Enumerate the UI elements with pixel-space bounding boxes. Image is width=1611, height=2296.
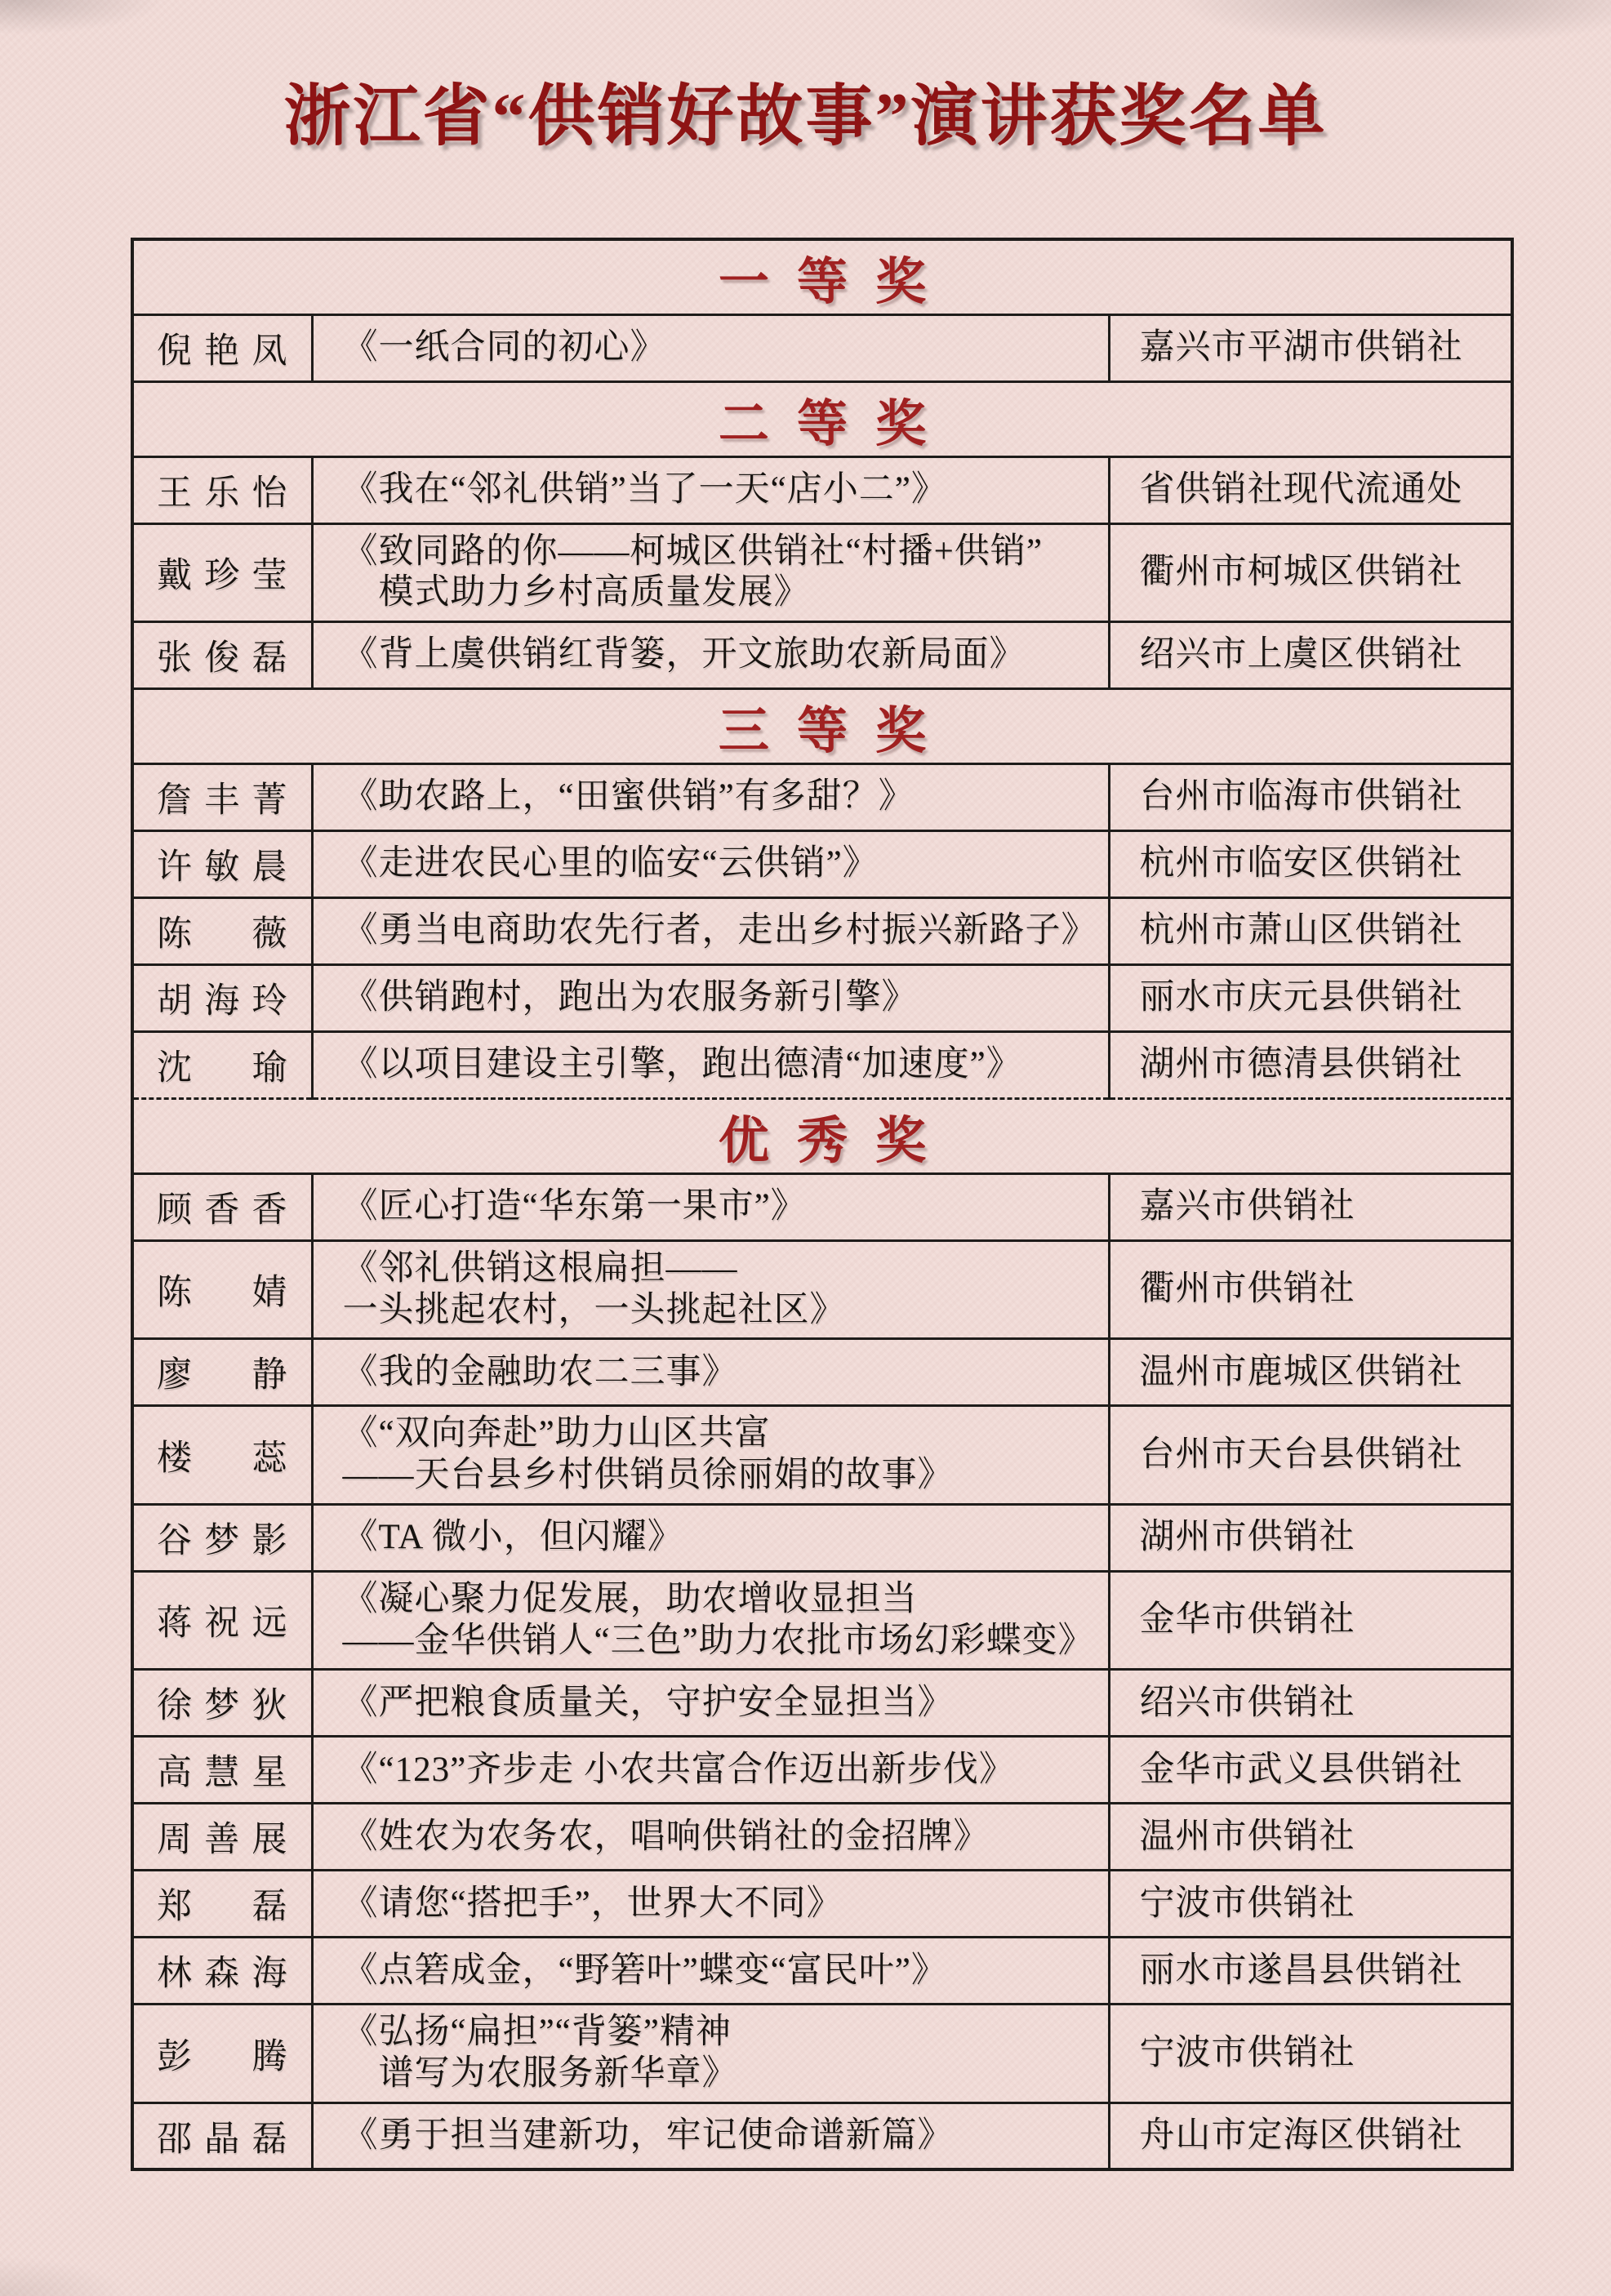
speech-title: 《我在“邻礼供销”当了一天“店小二”》 [314, 463, 1108, 518]
speech-title: 《邻礼供销这根扁担—— 一头挑起农村，一头挑起社区》 [314, 1242, 1108, 1337]
award-row: 许敏晨 《走进农民心里的临安“云供销”》 杭州市临安区供销社 [132, 830, 1512, 897]
organization-cell: 衢州市柯城区供销社 [1109, 523, 1512, 621]
speech-title: 《弘扬“扁担”“背篓”精神 谱写为农服务新华章》 [314, 2005, 1108, 2101]
speech-title-cell: 《点箬成金，“野箬叶”蝶变“富民叶”》 [312, 1938, 1109, 2005]
winner-name: 陈婧 [134, 1265, 311, 1315]
winner-name: 蒋祝远 [134, 1595, 311, 1645]
award-row: 陈薇 《勇当电商助农先行者，走出乡村振兴新路子》 杭州市萧山区供销社 [132, 897, 1512, 964]
winner-name-cell: 高慧星 [132, 1737, 312, 1804]
organization: 绍兴市上虞区供销社 [1110, 634, 1511, 676]
awards-table: 一等奖 倪艳凤 《一纸合同的初心》 嘉兴市平湖市供销社 二等奖 王乐怡 《我在“… [131, 238, 1514, 2172]
awards-table-body: 一等奖 倪艳凤 《一纸合同的初心》 嘉兴市平湖市供销社 二等奖 王乐怡 《我在“… [132, 239, 1512, 2170]
winner-name: 倪艳凤 [134, 323, 311, 373]
organization-cell: 嘉兴市供销社 [1109, 1173, 1512, 1240]
speech-title-cell: 《以项目建设主引擎，跑出德清“加速度”》 [312, 1031, 1109, 1098]
organization: 金华市武义县供销社 [1110, 1750, 1511, 1791]
section-header-label: 二等奖 [132, 381, 1512, 456]
organization-cell: 绍兴市上虞区供销社 [1109, 621, 1512, 688]
speech-title-cell: 《走进农民心里的临安“云供销”》 [312, 830, 1109, 897]
speech-title-cell: 《供销跑村，跑出为农服务新引擎》 [312, 964, 1109, 1031]
winner-name: 张俊磊 [134, 630, 311, 680]
organization-cell: 衢州市供销社 [1109, 1240, 1512, 1338]
award-row: 廖静 《我的金融助农二三事》 温州市鹿城区供销社 [132, 1339, 1512, 1406]
award-row: 郑磊 《请您“搭把手”，世界大不同》 宁波市供销社 [132, 1871, 1512, 1938]
award-row: 林森海 《点箬成金，“野箬叶”蝶变“富民叶”》 丽水市遂昌县供销社 [132, 1938, 1512, 2005]
award-row: 沈瑜 《以项目建设主引擎，跑出德清“加速度”》 湖州市德清县供销社 [132, 1031, 1512, 1098]
speech-title-cell: 《勇当电商助农先行者，走出乡村振兴新路子》 [312, 897, 1109, 964]
organization-cell: 省供销社现代流通处 [1109, 456, 1512, 523]
winner-name: 郑磊 [134, 1879, 311, 1929]
speech-title: 《致同路的你——柯城区供销社“村播+供销” 模式助力乡村高质量发展》 [314, 525, 1108, 621]
organization: 杭州市萧山区供销社 [1110, 910, 1511, 952]
winner-name-cell: 蒋祝远 [132, 1571, 312, 1669]
organization-cell: 宁波市供销社 [1109, 2005, 1512, 2102]
speech-title-cell: 《勇于担当建新功，牢记使命谱新篇》 [312, 2102, 1109, 2169]
organization: 省供销社现代流通处 [1110, 469, 1511, 511]
speech-title: 《匠心打造“华东第一果市”》 [314, 1180, 1108, 1235]
organization-cell: 温州市鹿城区供销社 [1109, 1339, 1512, 1406]
organization-cell: 绍兴市供销社 [1109, 1670, 1512, 1737]
winner-name-cell: 周善展 [132, 1804, 312, 1871]
prize-section-row: 二等奖 [132, 381, 1512, 456]
speech-title: 《“123”齐步走 小农共富合作迈出新步伐》 [314, 1743, 1108, 1798]
award-row: 胡海玲 《供销跑村，跑出为农服务新引擎》 丽水市庆元县供销社 [132, 964, 1512, 1031]
organization: 温州市鹿城区供销社 [1110, 1352, 1511, 1394]
award-row: 徐梦狄 《严把粮食质量关，守护安全显担当》 绍兴市供销社 [132, 1670, 1512, 1737]
speech-title-cell: 《我在“邻礼供销”当了一天“店小二”》 [312, 456, 1109, 523]
winner-name: 高慧星 [134, 1745, 311, 1795]
winner-name: 周善展 [134, 1812, 311, 1862]
speech-title-cell: 《我的金融助农二三事》 [312, 1339, 1109, 1406]
organization: 丽水市庆元县供销社 [1110, 977, 1511, 1019]
speech-title-cell: 《匠心打造“华东第一果市”》 [312, 1173, 1109, 1240]
award-row: 顾香香 《匠心打造“华东第一果市”》 嘉兴市供销社 [132, 1173, 1512, 1240]
organization-cell: 嘉兴市平湖市供销社 [1109, 314, 1512, 381]
speech-title: 《勇当电商助农先行者，走出乡村振兴新路子》 [314, 904, 1108, 959]
award-row: 王乐怡 《我在“邻礼供销”当了一天“店小二”》 省供销社现代流通处 [132, 456, 1512, 523]
speech-title: 《严把粮食质量关，守护安全显担当》 [314, 1676, 1108, 1731]
winner-name: 顾香香 [134, 1182, 311, 1232]
speech-title-cell: 《弘扬“扁担”“背篓”精神 谱写为农服务新华章》 [312, 2005, 1109, 2102]
speech-title: 《供销跑村，跑出为农服务新引擎》 [314, 971, 1108, 1026]
winner-name: 谷梦影 [134, 1513, 311, 1563]
winner-name-cell: 廖静 [132, 1339, 312, 1406]
winner-name-cell: 谷梦影 [132, 1504, 312, 1571]
winner-name-cell: 张俊磊 [132, 621, 312, 688]
organization: 金华市供销社 [1110, 1600, 1511, 1641]
organization: 温州市供销社 [1110, 1817, 1511, 1858]
organization: 衢州市柯城区供销社 [1110, 552, 1511, 594]
organization-cell: 金华市武义县供销社 [1109, 1737, 1512, 1804]
winner-name-cell: 楼蕊 [132, 1406, 312, 1504]
winner-name-cell: 胡海玲 [132, 964, 312, 1031]
organization-cell: 台州市天台县供销社 [1109, 1406, 1512, 1504]
winner-name: 林森海 [134, 1946, 311, 1996]
organization-cell: 丽水市庆元县供销社 [1109, 964, 1512, 1031]
speech-title: 《勇于担当建新功，牢记使命谱新篇》 [314, 2109, 1108, 2164]
organization-cell: 湖州市供销社 [1109, 1504, 1512, 1571]
award-row: 戴珍莹 《致同路的你——柯城区供销社“村播+供销” 模式助力乡村高质量发展》 衢… [132, 523, 1512, 621]
organization: 台州市临海市供销社 [1110, 776, 1511, 818]
winner-name-cell: 沈瑜 [132, 1031, 312, 1098]
prize-section-row: 三等奖 [132, 688, 1512, 763]
organization: 宁波市供销社 [1110, 1884, 1511, 1925]
organization: 台州市天台县供销社 [1110, 1435, 1511, 1476]
winner-name-cell: 彭腾 [132, 2005, 312, 2102]
speech-title-cell: 《TA 微小，但闪耀》 [312, 1504, 1109, 1571]
prize-section-row: 优秀奖 [132, 1098, 1512, 1173]
winner-name-cell: 顾香香 [132, 1173, 312, 1240]
organization-cell: 杭州市临安区供销社 [1109, 830, 1512, 897]
organization: 绍兴市供销社 [1110, 1683, 1511, 1724]
organization-cell: 杭州市萧山区供销社 [1109, 897, 1512, 964]
winner-name: 戴珍莹 [134, 548, 311, 598]
organization: 丽水市遂昌县供销社 [1110, 1951, 1511, 1992]
award-row: 陈婧 《邻礼供销这根扁担—— 一头挑起农村，一头挑起社区》 衢州市供销社 [132, 1240, 1512, 1338]
speech-title: 《以项目建设主引擎，跑出德清“加速度”》 [314, 1038, 1108, 1092]
prize-section-row: 一等奖 [132, 239, 1512, 315]
winner-name-cell: 邵晶磊 [132, 2102, 312, 2169]
winner-name: 彭腾 [134, 2029, 311, 2079]
section-header-label: 三等奖 [132, 688, 1512, 763]
award-row: 倪艳凤 《一纸合同的初心》 嘉兴市平湖市供销社 [132, 314, 1512, 381]
speech-title-cell: 《助农路上，“田蜜供销”有多甜？》 [312, 763, 1109, 830]
award-row: 周善展 《姓农为农务农，唱响供销社的金招牌》 温州市供销社 [132, 1804, 1512, 1871]
winner-name-cell: 陈婧 [132, 1240, 312, 1338]
winner-name-cell: 倪艳凤 [132, 314, 312, 381]
winner-name-cell: 郑磊 [132, 1871, 312, 1938]
winner-name-cell: 林森海 [132, 1938, 312, 2005]
award-row: 高慧星 《“123”齐步走 小农共富合作迈出新步伐》 金华市武义县供销社 [132, 1737, 1512, 1804]
speech-title: 《助农路上，“田蜜供销”有多甜？》 [314, 770, 1108, 825]
speech-title-cell: 《一纸合同的初心》 [312, 314, 1109, 381]
winner-name: 詹丰菁 [134, 772, 311, 822]
winner-name-cell: 许敏晨 [132, 830, 312, 897]
page-title: 浙江省“供销好故事”演讲获奖名单 [33, 75, 1578, 159]
organization: 舟山市定海区供销社 [1110, 2116, 1511, 2157]
award-row: 邵晶磊 《勇于担当建新功，牢记使命谱新篇》 舟山市定海区供销社 [132, 2102, 1512, 2169]
speech-title: 《凝心聚力促发展，助农增收显担当 ——金华供销人“三色”助力农批市场幻彩蝶变》 [314, 1573, 1108, 1668]
winner-name: 廖静 [134, 1347, 311, 1397]
organization-cell: 金华市供销社 [1109, 1571, 1512, 1669]
winner-name: 楼蕊 [134, 1431, 311, 1480]
organization: 杭州市临安区供销社 [1110, 843, 1511, 885]
winner-name: 王乐怡 [134, 465, 311, 515]
award-row: 张俊磊 《背上虞供销红背篓，开文旅助农新局面》 绍兴市上虞区供销社 [132, 621, 1512, 688]
speech-title-cell: 《凝心聚力促发展，助农增收显担当 ——金华供销人“三色”助力农批市场幻彩蝶变》 [312, 1571, 1109, 1669]
speech-title: 《背上虞供销红背篓，开文旅助农新局面》 [314, 628, 1108, 683]
winner-name-cell: 詹丰菁 [132, 763, 312, 830]
award-row: 詹丰菁 《助农路上，“田蜜供销”有多甜？》 台州市临海市供销社 [132, 763, 1512, 830]
winner-name: 沈瑜 [134, 1040, 311, 1090]
speech-title-cell: 《请您“搭把手”，世界大不同》 [312, 1871, 1109, 1938]
organization: 湖州市供销社 [1110, 1517, 1511, 1559]
speech-title: 《“双向奔赴”助力山区共富 ——天台县乡村供销员徐丽娟的故事》 [314, 1407, 1108, 1502]
organization: 宁波市供销社 [1110, 2033, 1511, 2075]
document-page: 浙江省“供销好故事”演讲获奖名单 一等奖 倪艳凤 《一纸合同的初心》 嘉兴市平湖… [0, 75, 1611, 2171]
organization: 湖州市德清县供销社 [1110, 1044, 1511, 1086]
speech-title: 《我的金融助农二三事》 [314, 1346, 1108, 1400]
winner-name-cell: 陈薇 [132, 897, 312, 964]
speech-title: 《走进农民心里的临安“云供销”》 [314, 837, 1108, 892]
speech-title: 《姓农为农务农，唱响供销社的金招牌》 [314, 1810, 1108, 1865]
winner-name-cell: 戴珍莹 [132, 523, 312, 621]
organization-cell: 台州市临海市供销社 [1109, 763, 1512, 830]
organization-cell: 舟山市定海区供销社 [1109, 2102, 1512, 2169]
organization: 嘉兴市平湖市供销社 [1110, 327, 1511, 369]
organization-cell: 温州市供销社 [1109, 1804, 1512, 1871]
award-row: 谷梦影 《TA 微小，但闪耀》 湖州市供销社 [132, 1504, 1512, 1571]
organization: 嘉兴市供销社 [1110, 1186, 1511, 1228]
speech-title-cell: 《严把粮食质量关，守护安全显担当》 [312, 1670, 1109, 1737]
speech-title-cell: 《邻礼供销这根扁担—— 一头挑起农村，一头挑起社区》 [312, 1240, 1109, 1338]
speech-title: 《点箬成金，“野箬叶”蝶变“富民叶”》 [314, 1944, 1108, 1999]
speech-title-cell: 《“双向奔赴”助力山区共富 ——天台县乡村供销员徐丽娟的故事》 [312, 1406, 1109, 1504]
speech-title: 《TA 微小，但闪耀》 [314, 1511, 1108, 1565]
winner-name-cell: 徐梦狄 [132, 1670, 312, 1737]
section-header-label: 优秀奖 [132, 1098, 1512, 1173]
speech-title-cell: 《姓农为农务农，唱响供销社的金招牌》 [312, 1804, 1109, 1871]
speech-title-cell: 《“123”齐步走 小农共富合作迈出新步伐》 [312, 1737, 1109, 1804]
winner-name: 许敏晨 [134, 839, 311, 889]
section-header-label: 一等奖 [132, 239, 1512, 315]
award-row: 蒋祝远 《凝心聚力促发展，助农增收显担当 ——金华供销人“三色”助力农批市场幻彩… [132, 1571, 1512, 1669]
speech-title-cell: 《致同路的你——柯城区供销社“村播+供销” 模式助力乡村高质量发展》 [312, 523, 1109, 621]
speech-title-cell: 《背上虞供销红背篓，开文旅助农新局面》 [312, 621, 1109, 688]
organization-cell: 宁波市供销社 [1109, 1871, 1512, 1938]
organization: 衢州市供销社 [1110, 1269, 1511, 1310]
award-row: 楼蕊 《“双向奔赴”助力山区共富 ——天台县乡村供销员徐丽娟的故事》 台州市天台… [132, 1406, 1512, 1504]
speech-title: 《请您“搭把手”，世界大不同》 [314, 1877, 1108, 1932]
organization-cell: 湖州市德清县供销社 [1109, 1031, 1512, 1098]
winner-name: 邵晶磊 [134, 2111, 311, 2161]
winner-name-cell: 王乐怡 [132, 456, 312, 523]
organization-cell: 丽水市遂昌县供销社 [1109, 1938, 1512, 2005]
winner-name: 陈薇 [134, 906, 311, 956]
speech-title: 《一纸合同的初心》 [314, 321, 1108, 376]
award-row: 彭腾 《弘扬“扁担”“背篓”精神 谱写为农服务新华章》 宁波市供销社 [132, 2005, 1512, 2102]
winner-name: 徐梦狄 [134, 1678, 311, 1728]
winner-name: 胡海玲 [134, 973, 311, 1023]
